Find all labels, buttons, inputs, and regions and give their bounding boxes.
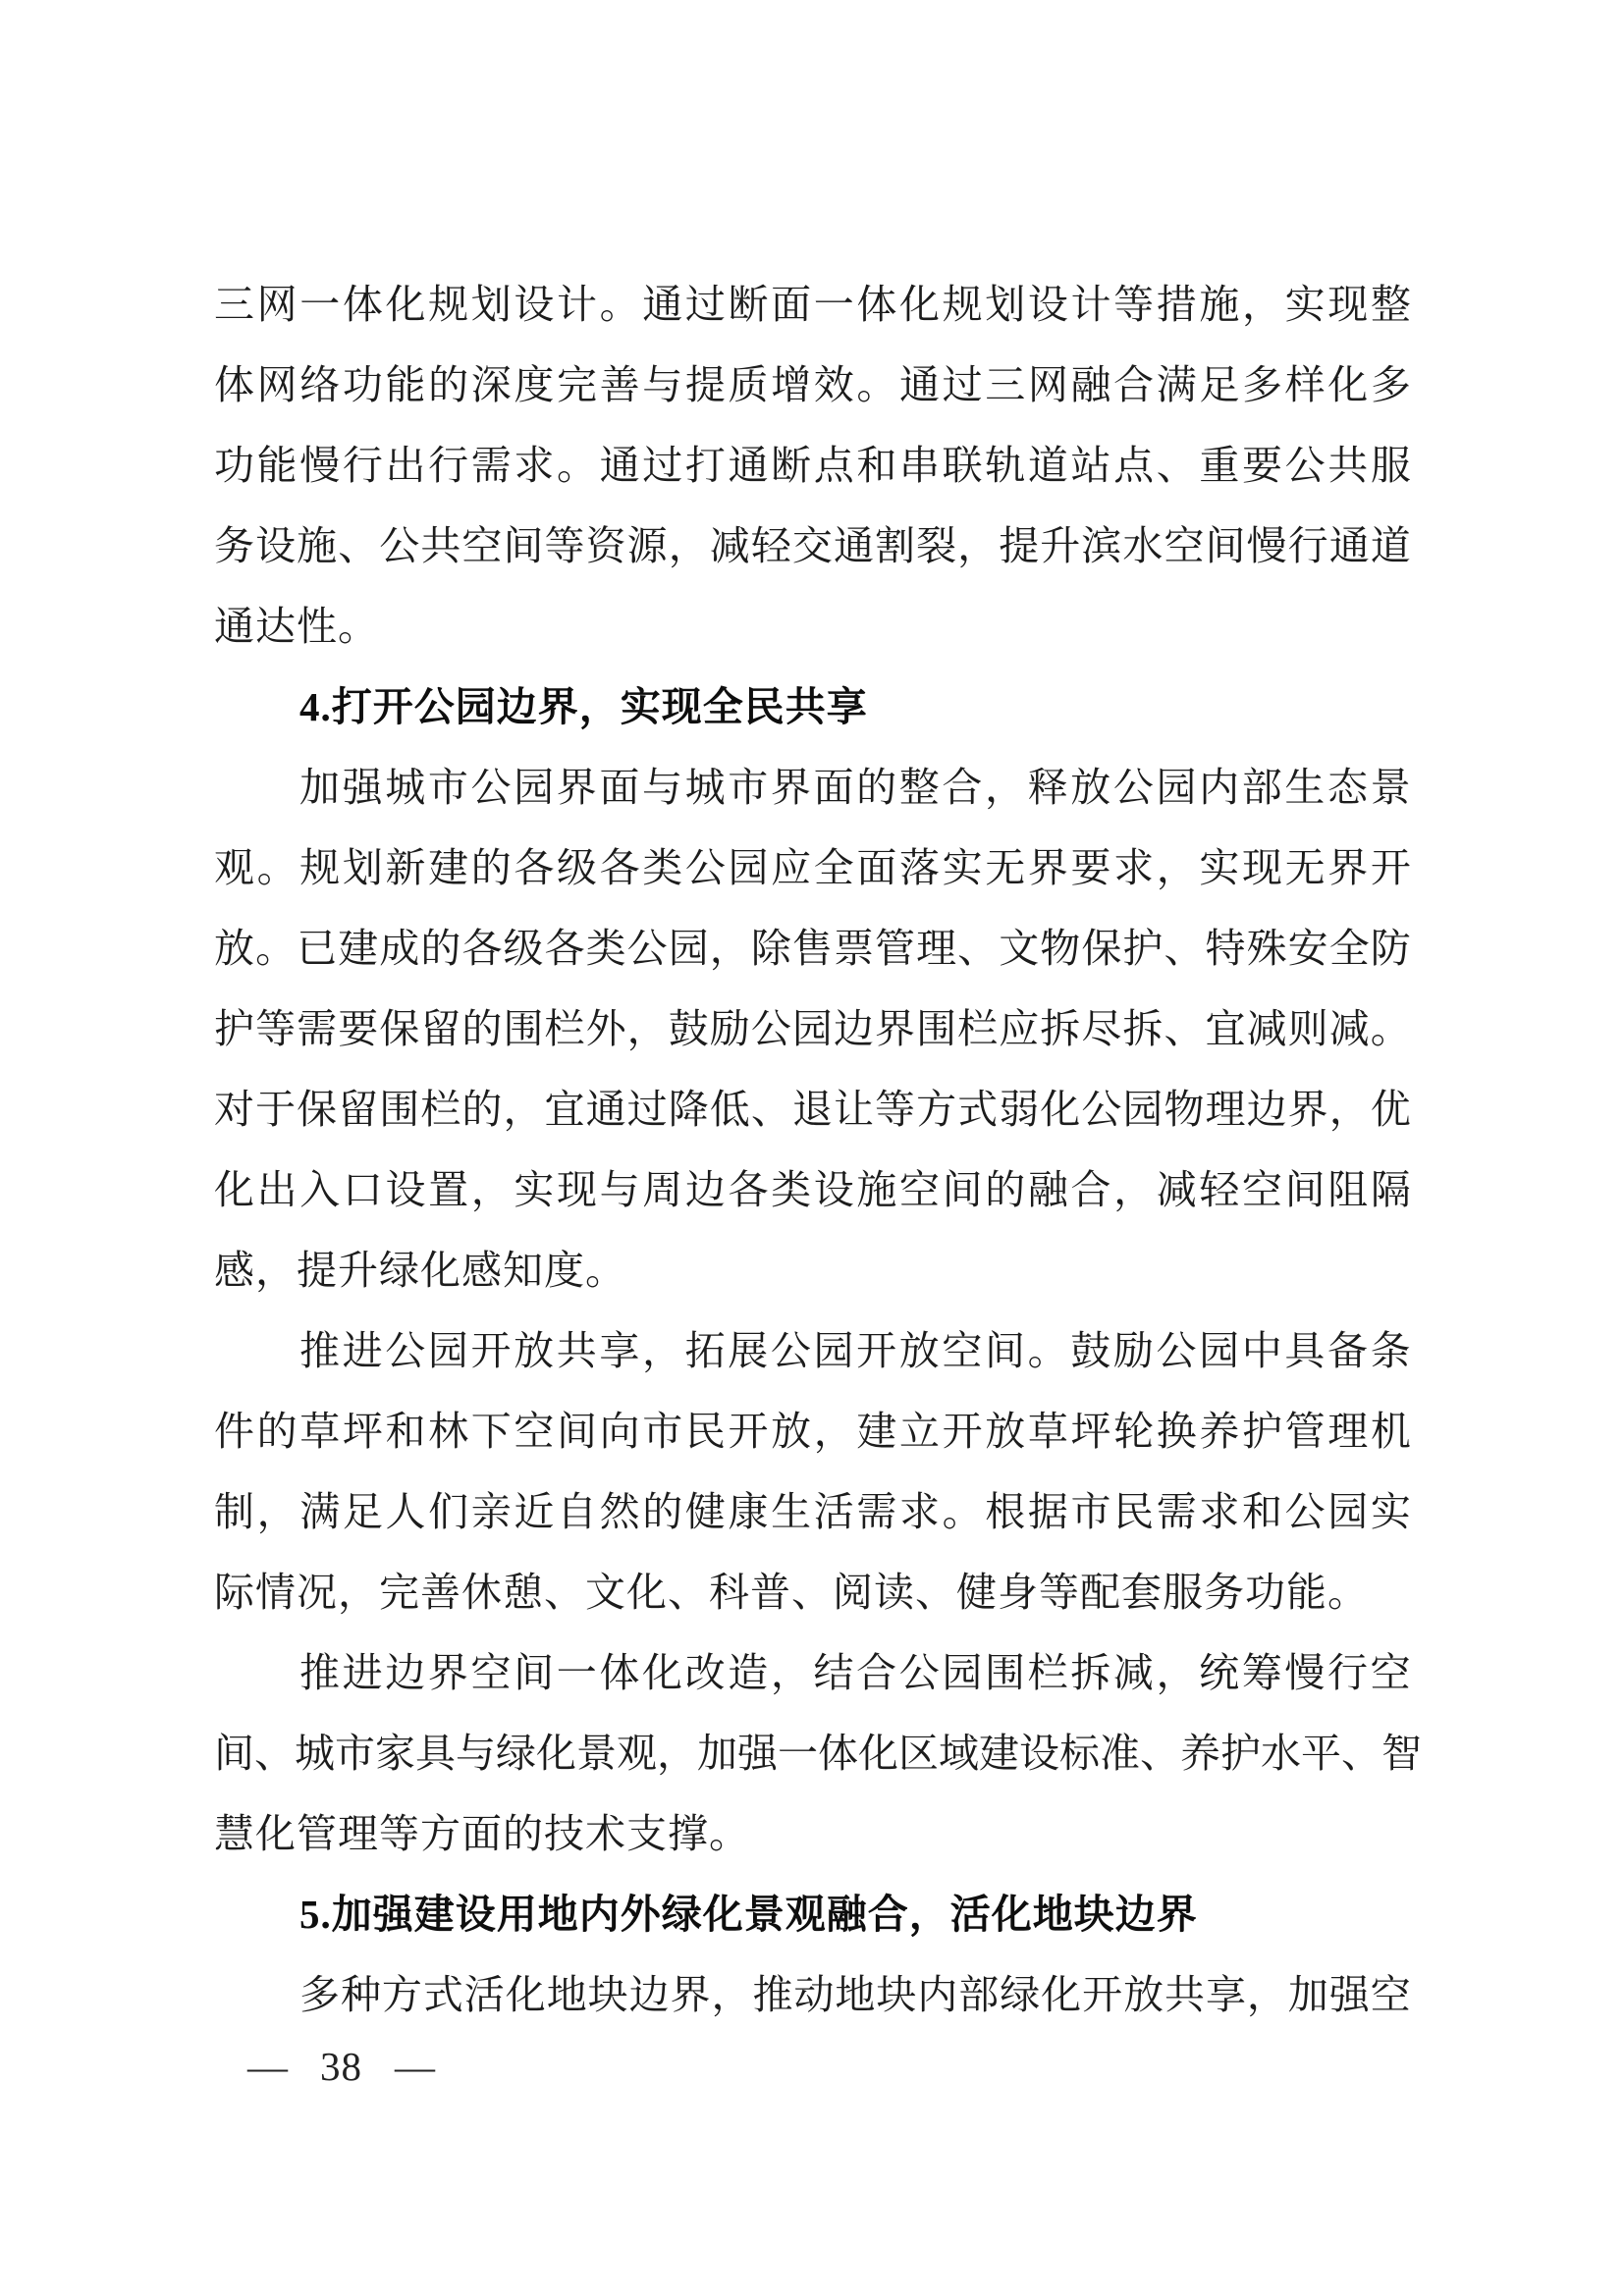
- paragraph-line: 体网络功能的深度完善与提质增效。通过三网融合满足多样化多: [214, 345, 1411, 425]
- paragraph: 三网一体化规划设计。通过断面一体化规划设计等措施，实现整体网络功能的深度完善与提…: [214, 264, 1411, 667]
- paragraph-line: 化出入口设置，实现与周边各类设施空间的融合，减轻空间阻隔: [214, 1149, 1411, 1230]
- paragraph-line: 间、城市家具与绿化景观，加强一体化区域建设标准、养护水平、智: [214, 1713, 1411, 1793]
- document-page: 三网一体化规划设计。通过断面一体化规划设计等措施，实现整体网络功能的深度完善与提…: [0, 0, 1624, 2296]
- paragraph-line: 功能慢行出行需求。通过打通断点和串联轨道站点、重要公共服: [214, 425, 1411, 506]
- paragraph: 推进边界空间一体化改造，结合公园围栏拆减，统筹慢行空间、城市家具与绿化景观，加强…: [214, 1632, 1411, 1874]
- paragraph-line: 通达性。: [214, 586, 1411, 667]
- paragraph-line: 放。已建成的各级各类公园，除售票管理、文物保护、特殊安全防: [214, 908, 1411, 988]
- paragraph-line: 多种方式活化地块边界，推动地块内部绿化开放共享，加强空: [214, 1954, 1411, 2035]
- section-heading: 5.加强建设用地内外绿化景观融合，活化地块边界: [214, 1874, 1411, 1954]
- document-body: 三网一体化规划设计。通过断面一体化规划设计等措施，实现整体网络功能的深度完善与提…: [214, 264, 1411, 2035]
- paragraph-line: 推进公园开放共享，拓展公园开放空间。鼓励公园中具备条: [214, 1310, 1411, 1391]
- paragraph: 加强城市公园界面与城市界面的整合，释放公园内部生态景观。规划新建的各级各类公园应…: [214, 747, 1411, 1310]
- paragraph-line: 护等需要保留的围栏外，鼓励公园边界围栏应拆尽拆、宜减则减。: [214, 988, 1411, 1069]
- paragraph-line: 际情况，完善休憩、文化、科普、阅读、健身等配套服务功能。: [214, 1552, 1411, 1632]
- paragraph-line: 务设施、公共空间等资源，减轻交通割裂，提升滨水空间慢行通道: [214, 506, 1411, 586]
- paragraph-line: 感，提升绿化感知度。: [214, 1230, 1411, 1310]
- paragraph-line: 对于保留围栏的，宜通过降低、退让等方式弱化公园物理边界，优: [214, 1069, 1411, 1149]
- page-footer: — 38 —: [247, 2026, 435, 2107]
- section-heading: 4.打开公园边界，实现全民共享: [214, 667, 1411, 747]
- paragraph-line: 加强城市公园界面与城市界面的整合，释放公园内部生态景: [214, 747, 1411, 828]
- paragraph-line: 观。规划新建的各级各类公园应全面落实无界要求，实现无界开: [214, 828, 1411, 908]
- paragraph-line: 推进边界空间一体化改造，结合公园围栏拆减，统筹慢行空: [214, 1632, 1411, 1713]
- paragraph: 多种方式活化地块边界，推动地块内部绿化开放共享，加强空: [214, 1954, 1411, 2035]
- paragraph-line: 三网一体化规划设计。通过断面一体化规划设计等措施，实现整: [214, 264, 1411, 345]
- paragraph-line: 慧化管理等方面的技术支撑。: [214, 1793, 1411, 1874]
- page-number: 38: [320, 2043, 362, 2090]
- paragraph: 推进公园开放共享，拓展公园开放空间。鼓励公园中具备条件的草坪和林下空间向市民开放…: [214, 1310, 1411, 1632]
- footer-dash-left: —: [247, 2043, 288, 2090]
- paragraph-line: 制，满足人们亲近自然的健康生活需求。根据市民需求和公园实: [214, 1471, 1411, 1552]
- footer-dash-right: —: [395, 2043, 435, 2090]
- paragraph-line: 件的草坪和林下空间向市民开放，建立开放草坪轮换养护管理机: [214, 1391, 1411, 1471]
